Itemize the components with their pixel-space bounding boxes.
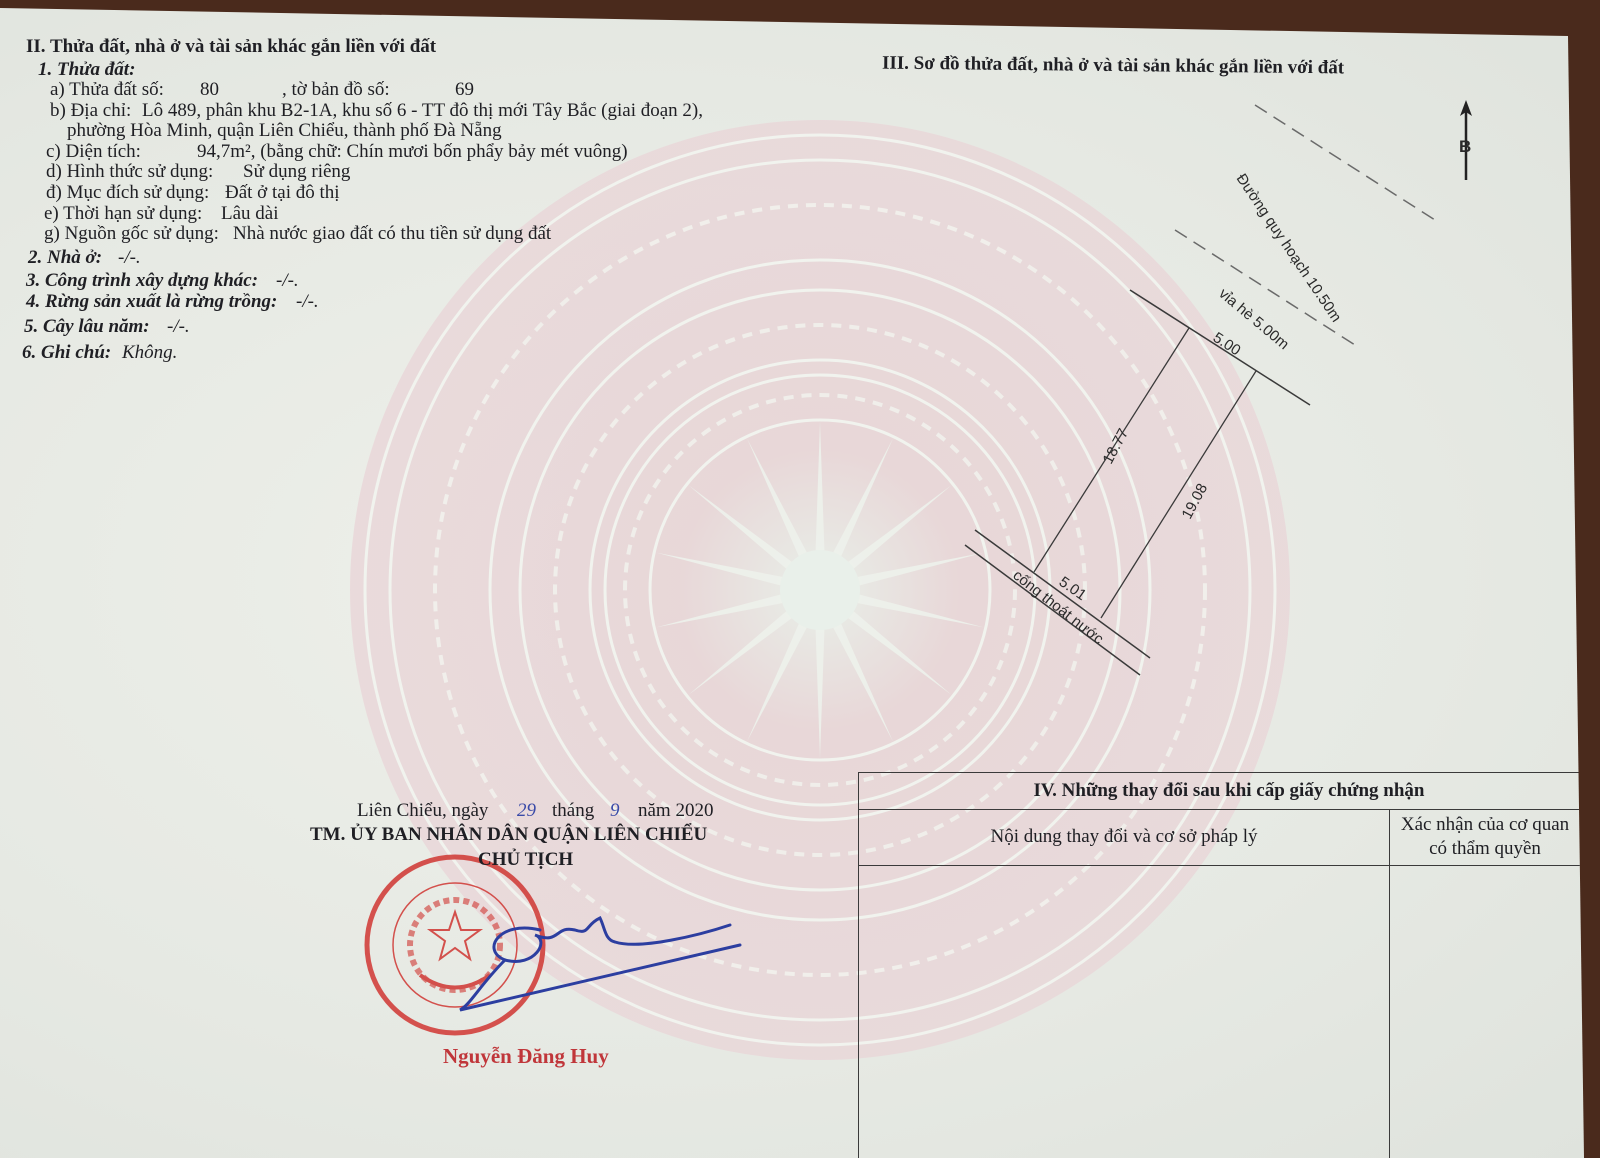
certificate-page: II. Thửa đất, nhà ở và tài sản khác gắn … [0, 0, 1584, 1158]
perennial-label: 5. Cây lâu năm: [24, 317, 150, 337]
column-authority-line-1: Xác nhận của cơ quan [1391, 813, 1579, 837]
section-2-title: II. Thửa đất, nhà ở và tài sản khác gắn … [26, 37, 436, 57]
usage-form-value: Sử dụng riêng [243, 162, 350, 182]
signer-name: Nguyễn Đăng Huy [443, 1046, 609, 1066]
column-change-content: Nội dung thay đổi và cơ sở pháp lý [859, 809, 1389, 865]
house-value: -/-. [118, 248, 141, 268]
parcel-number: 80 [200, 80, 219, 100]
usage-origin-value: Nhà nước giao đất có thu tiền sử dụng đấ… [233, 224, 551, 244]
column-divider [1389, 809, 1390, 1158]
north-arrow-icon [1460, 100, 1472, 180]
note-label: 6. Ghi chú: [22, 343, 111, 363]
place-date-prefix: Liên Chiểu, ngày [357, 801, 488, 821]
perennial-value: -/-. [167, 317, 190, 337]
forest-value: -/-. [296, 292, 319, 312]
column-authority-confirmation: Xác nhận của cơ quan có thẩm quyền [1391, 813, 1599, 861]
column-authority-line-2: có thẩm quyền [1391, 837, 1579, 861]
changes-table: IV. Những thay đổi sau khi cấp giấy chứn… [858, 772, 1599, 1158]
parcel-label: a) Thửa đất số: [50, 80, 164, 100]
address-line-1: Lô 489, phân khu B2-1A, khu số 6 - TT đô… [142, 101, 703, 121]
map-sheet-label: , tờ bản đồ số: [282, 80, 390, 100]
usage-purpose-value: Đất ở tại đô thị [225, 183, 340, 203]
usage-origin-label: g) Nguồn gốc sử dụng: [44, 224, 219, 244]
forest-label: 4. Rừng sản xuất là rừng trồng: [26, 292, 277, 312]
address-line-2: phường Hòa Minh, quận Liên Chiểu, thành … [67, 121, 502, 141]
other-construction-value: -/-. [276, 271, 299, 291]
authority-title: TM. ỦY BAN NHÂN DÂN QUẬN LIÊN CHIỂU [310, 825, 707, 845]
section-4-title: IV. Những thay đổi sau khi cấp giấy chứn… [859, 773, 1599, 810]
usage-purpose-label: đ) Mục đích sử dụng: [46, 183, 209, 203]
other-construction-label: 3. Công trình xây dựng khác: [26, 271, 258, 291]
usage-term-value: Lâu dài [221, 204, 279, 224]
section-3-title: III. Sơ đồ thửa đất, nhà ở và tài sản kh… [882, 54, 1344, 79]
north-label: B [1459, 137, 1471, 156]
usage-form-label: d) Hình thức sử dụng: [46, 162, 213, 182]
area-label: c) Diện tích: [46, 142, 141, 162]
area-value: 94,7m², (bằng chữ: Chín mươi bốn phẩy bả… [197, 142, 628, 162]
land-heading: 1. Thửa đất: [38, 60, 135, 80]
position-title: CHỦ TỊCH [478, 850, 573, 870]
note-value: Không. [122, 343, 177, 363]
month-label: tháng [552, 801, 594, 821]
changes-table-header: Nội dung thay đổi và cơ sở pháp lý Xác n… [859, 809, 1599, 866]
month-value: 9 [610, 801, 620, 821]
day-value: 29 [517, 801, 536, 821]
year-value: năm 2020 [638, 801, 713, 821]
map-sheet-number: 69 [455, 80, 474, 100]
usage-term-label: e) Thời hạn sử dụng: [44, 204, 202, 224]
house-label: 2. Nhà ở: [28, 248, 102, 268]
address-label: b) Địa chỉ: [50, 101, 131, 121]
